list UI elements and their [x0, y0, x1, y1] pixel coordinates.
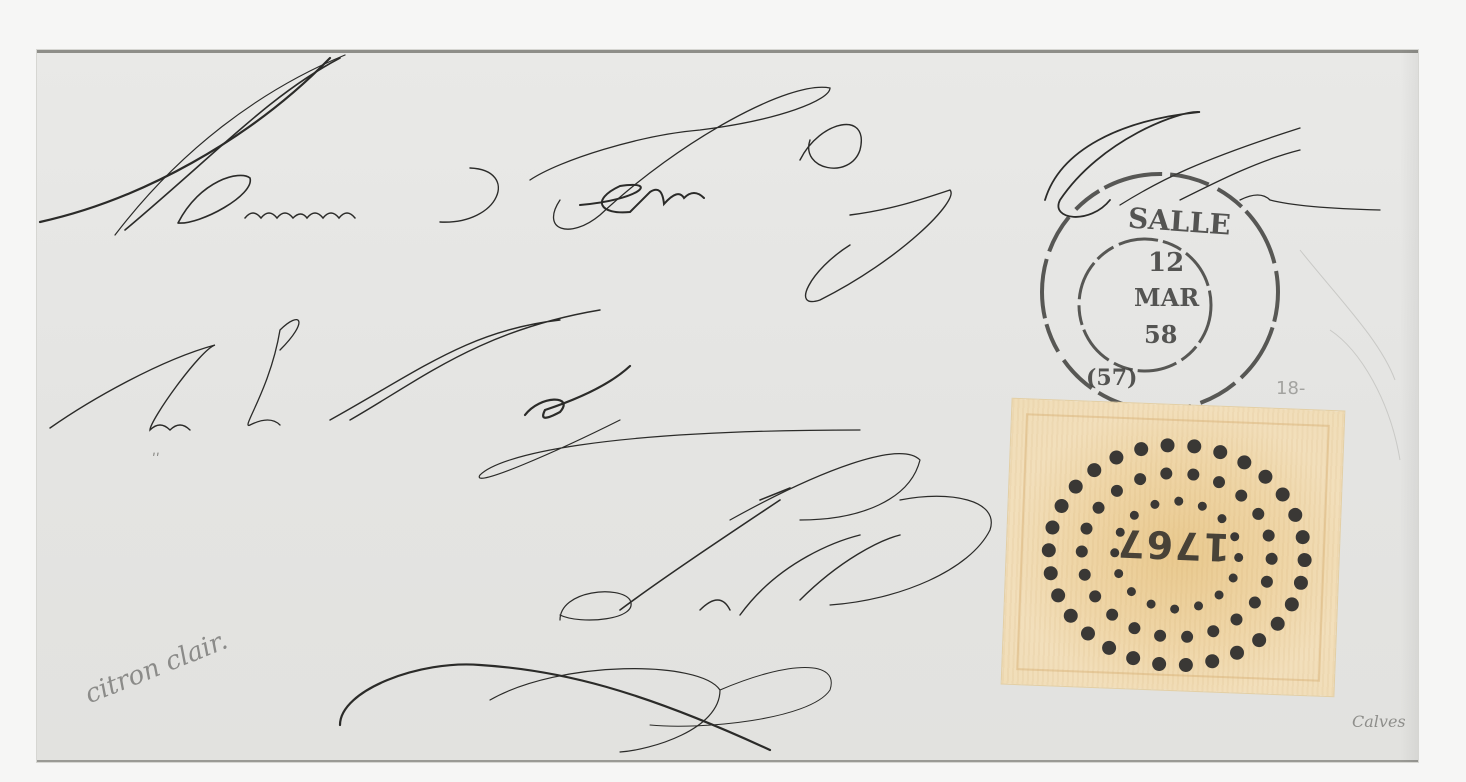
postage-stamp: 1767 — [1002, 399, 1345, 697]
postmark-year: 58 — [1144, 320, 1177, 349]
pencil-tick-mark: ʹʹ — [152, 452, 160, 468]
postmark-office-code: (57) — [1086, 365, 1137, 391]
expert-signature-mark: Calves — [1352, 712, 1406, 731]
postmark-month: MAR — [1134, 283, 1199, 312]
postmark-day: 12 — [1148, 248, 1184, 278]
postmark-town: SALLE — [1127, 201, 1232, 241]
pencil-small-note: 18- — [1276, 378, 1305, 399]
